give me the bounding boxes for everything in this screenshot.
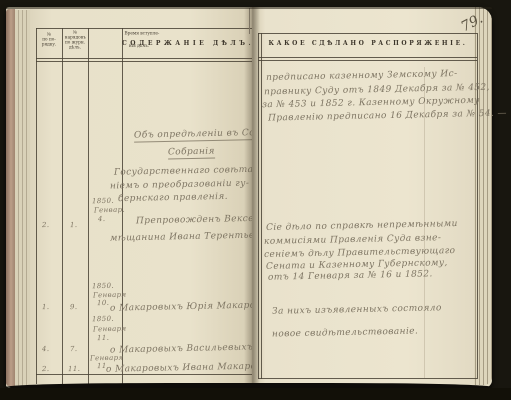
- right-page-stack-edge: [472, 7, 492, 385]
- table-surface-shadow: [0, 388, 511, 400]
- left-page: № по по- рядку. № нарядовъ по журн. дѣлъ…: [30, 8, 252, 387]
- register-book: № по по- рядку. № нарядовъ по журн. дѣлъ…: [6, 7, 492, 388]
- right-left-rule-2: [261, 33, 262, 379]
- intro-line2: ніемъ о преобразованіи гу-: [110, 179, 249, 192]
- right-top-rule: [258, 33, 477, 34]
- row4-naryad: 11.: [68, 365, 81, 373]
- col1-header: № по по- рядку.: [39, 32, 59, 47]
- row2-date-year: 1850.: [92, 282, 114, 290]
- row4-num: 2.: [42, 365, 50, 373]
- left-page-title: СОДЕРЖАНІЕ ДѢЛЪ.: [122, 40, 254, 47]
- column-rule-3: [88, 28, 89, 384]
- right-page: КАКОЕ СДѢЛАНО РАСПОРЯЖЕНІЕ. предписано к…: [252, 7, 474, 385]
- right-header-rule-2: [258, 60, 477, 61]
- col2-line4: дѣлъ.: [65, 45, 85, 50]
- header-bottom-rule-2: [36, 61, 254, 62]
- p3-line2: новое свидѣтельствованіе.: [272, 326, 418, 339]
- row3-text-line1: о Макаровыхъ Васильевыхъ.: [110, 342, 257, 355]
- row1-date-day: 4.: [98, 215, 106, 223]
- row1-date-month: Генвар.: [94, 206, 125, 215]
- p2-line1: Сіе дѣло по справкѣ непремѣнными: [266, 219, 458, 233]
- row3-date-month: Генваря: [93, 325, 127, 334]
- header-bottom-rule: [36, 58, 254, 59]
- column-rule-2: [62, 28, 63, 384]
- table-top-rule: [36, 28, 254, 29]
- row3-naryad: 7.: [70, 345, 78, 353]
- col1-line3: рядку.: [39, 42, 59, 47]
- table-bottom-rule: [36, 374, 254, 375]
- right-bottom-rule: [258, 378, 477, 379]
- intro-line3: бернскаго правленія.: [118, 192, 228, 204]
- right-page-title: КАКОЕ СДѢЛАНО РАСПОРЯЖЕНІЕ.: [260, 40, 476, 47]
- row2-num: 1.: [42, 303, 50, 311]
- p1-line3: за № 453 и 1852 г. Казенному Окружному: [262, 96, 480, 111]
- p2-line2: коммисіями Правленія Суда взне-: [264, 233, 441, 247]
- row1-num: 2.: [42, 221, 50, 229]
- col3-line1: Время вступле-: [125, 31, 154, 36]
- photo-background: № по по- рядку. № нарядовъ по журн. дѣлъ…: [0, 0, 511, 400]
- p1-line1: предписано казенному Земскому Ис-: [266, 69, 458, 83]
- section-heading-line2: Собранія: [168, 147, 215, 160]
- book-top-edge: [6, 7, 492, 9]
- book-cover-edge: [6, 9, 15, 386]
- row2-date-month: Генваря: [93, 291, 127, 300]
- gutter-shadow: [244, 7, 260, 387]
- right-header-rule: [258, 57, 477, 58]
- row1-date-year: 1850.: [92, 197, 114, 205]
- row3-date-day: 11.: [97, 334, 110, 342]
- p2-line5: отъ 14 Генваря за № 16 и 1852.: [268, 269, 433, 282]
- row2-naryad: 9.: [70, 303, 78, 311]
- column-rule-1: [36, 28, 37, 384]
- p1-line4: Правленію предписано 16 Декабря за № 54.…: [268, 108, 507, 123]
- row2-date-day: 10.: [97, 299, 110, 307]
- row3-num: 4.: [42, 345, 50, 353]
- row1-naryad: 1.: [70, 221, 78, 229]
- p1-line2: правнику Суду отъ 1849 Декабря за № 452,: [264, 83, 490, 98]
- gutter-fold-line: [249, 8, 250, 34]
- col2-header: № нарядовъ по журн. дѣлъ.: [65, 30, 85, 50]
- row3-date-year: 1850.: [92, 315, 114, 323]
- p3-line1: За нихъ изъявленныхъ состояло: [272, 303, 442, 317]
